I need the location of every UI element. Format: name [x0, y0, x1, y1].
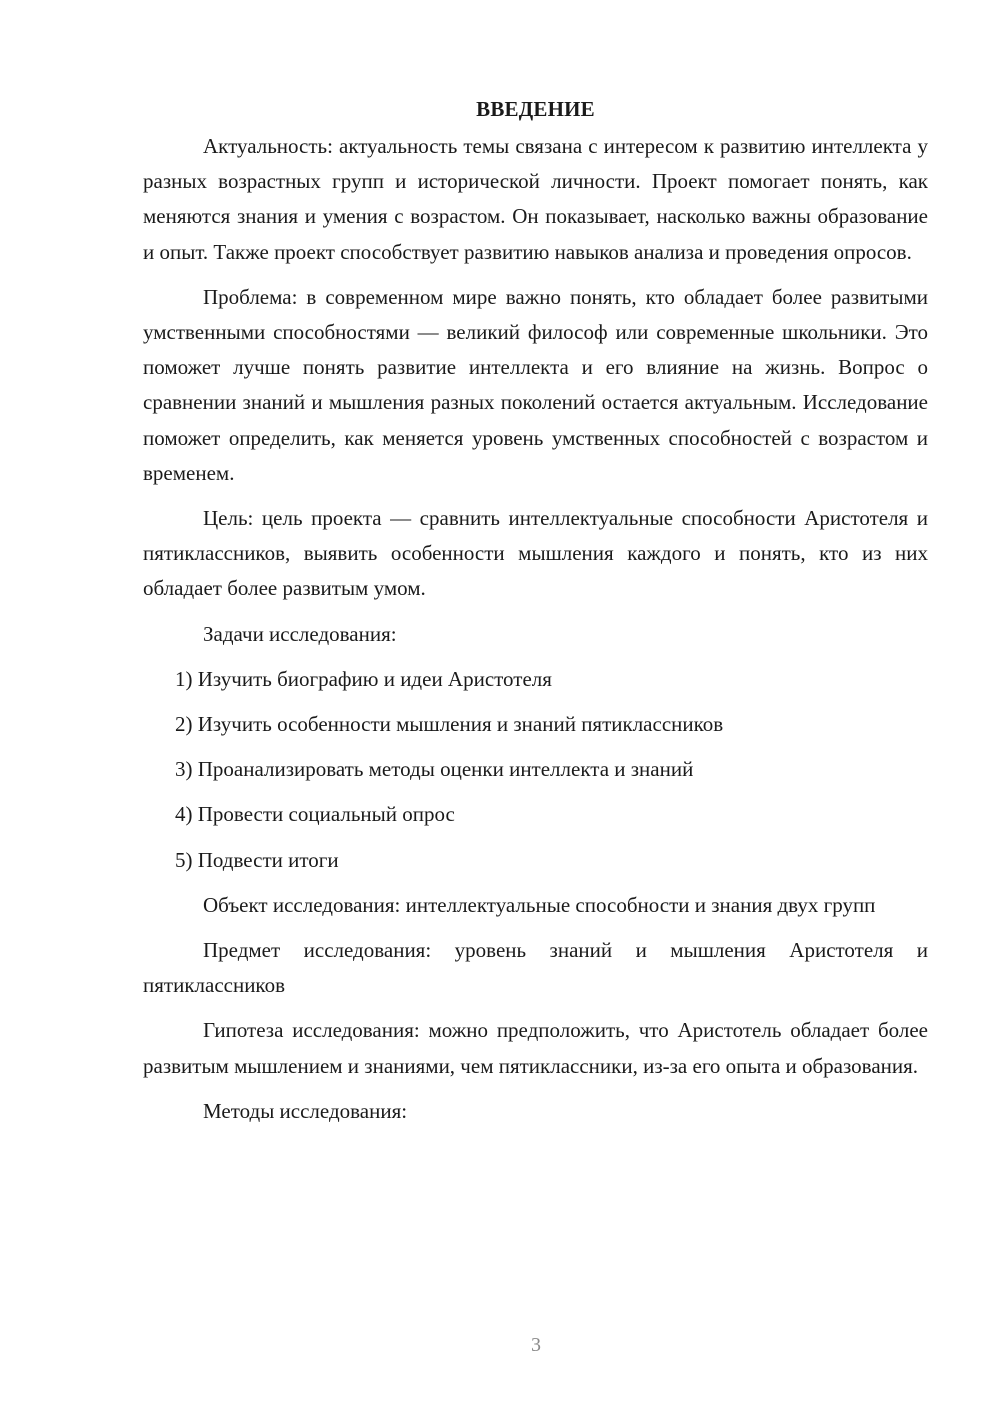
tasks-list: 1) Изучить биографию и идеи Аристотеля 2… [143, 662, 928, 878]
paragraph-subject: Предмет исследования: уровень знаний и м… [143, 933, 928, 1003]
paragraph-goal: Цель: цель проекта — сравнить интеллекту… [143, 501, 928, 607]
paragraph-problem: Проблема: в современном мире важно понят… [143, 280, 928, 491]
list-item: 2) Изучить особенности мышления и знаний… [143, 707, 928, 742]
page-number: 3 [0, 1334, 1000, 1357]
paragraph-object: Объект исследования: интеллектуальные сп… [143, 888, 928, 923]
paragraph-relevance: Актуальность: актуальность темы связана … [143, 129, 928, 270]
list-item: 3) Проанализировать методы оценки интелл… [143, 752, 928, 787]
paragraph-methods: Методы исследования: [143, 1094, 928, 1129]
document-page: ВВЕДЕНИЕ Актуальность: актуальность темы… [143, 92, 928, 1129]
list-item: 1) Изучить биографию и идеи Аристотеля [143, 662, 928, 697]
tasks-heading: Задачи исследования: [143, 617, 928, 652]
section-heading: ВВЕДЕНИЕ [143, 92, 928, 127]
list-item: 4) Провести социальный опрос [143, 797, 928, 832]
paragraph-hypothesis: Гипотеза исследования: можно предположит… [143, 1013, 928, 1083]
list-item: 5) Подвести итоги [143, 843, 928, 878]
